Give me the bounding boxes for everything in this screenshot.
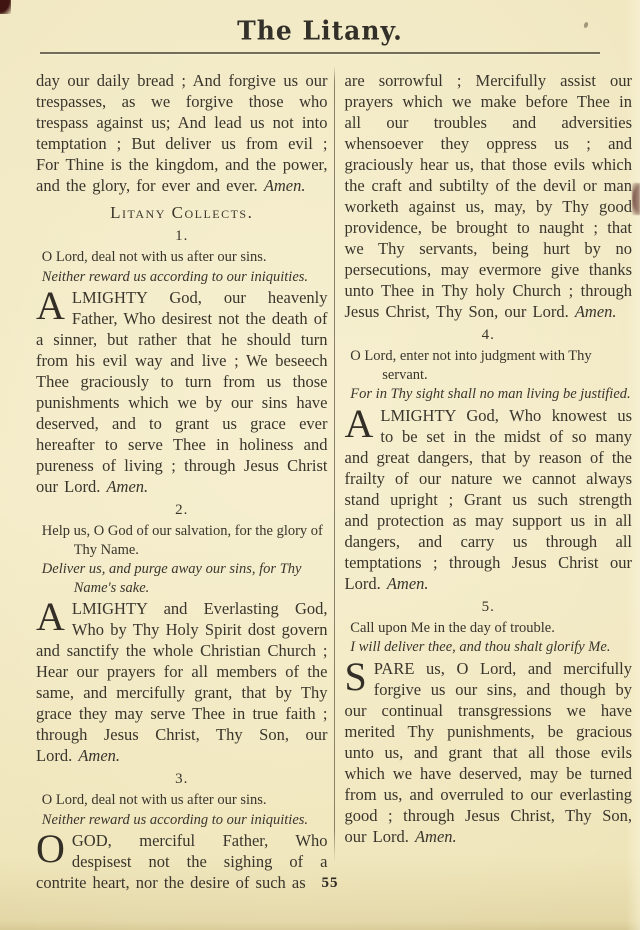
amen-text: Amen.	[575, 302, 617, 321]
paragraph-versicle: Help us, O God of our salvation, for the…	[36, 522, 328, 559]
amen-text: Amen.	[264, 176, 306, 195]
dropcap-initial: O	[36, 830, 72, 866]
dropcap-initial: A	[36, 287, 72, 323]
book-page: The Litany. day our daily bread ; And fo…	[0, 0, 640, 930]
dropcap-initial: S	[345, 658, 374, 694]
paragraph-prayer: ALMIGHTY and Everlasting God, Who by Thy…	[36, 598, 328, 766]
paragraph-number: 1.	[36, 228, 328, 245]
amen-text: Amen.	[387, 574, 429, 593]
paragraph-prayer: ALMIGHTY God, Who knowest us to be set i…	[345, 405, 633, 594]
dropcap-initial: A	[36, 598, 72, 634]
page-header: The Litany.	[0, 0, 640, 54]
paragraph-number: 2.	[36, 502, 328, 519]
dropcap-initial: A	[345, 405, 381, 441]
paragraph-number: 3.	[36, 771, 328, 788]
amen-text: Amen.	[106, 477, 148, 496]
paragraph-response: Neither reward us according to our iniqu…	[36, 811, 328, 830]
column-right: are sorrowful ; Mercifully assist our pr…	[335, 66, 640, 930]
paragraph-versicle: O Lord, deal not with us after our sins.	[36, 248, 328, 267]
paragraph-response: I will deliver thee, and thou shalt glor…	[345, 638, 633, 657]
text-columns: day our daily bread ; And forgive us our…	[0, 66, 640, 930]
page-footer: 55	[0, 874, 640, 892]
paragraph-prayer: ALMIGHTY God, our heavenly Father, Who d…	[36, 287, 328, 497]
header-rule	[40, 52, 600, 54]
column-left: day our daily bread ; And forgive us our…	[0, 66, 334, 930]
paragraph-prayer: SPARE us, O Lord, and mercifully forgive…	[345, 658, 633, 847]
page-title: The Litany.	[237, 15, 403, 45]
amen-text: Amen.	[78, 746, 120, 765]
paragraph-response: For in Thy sight shall no man living be …	[345, 385, 633, 404]
paragraph-response: Deliver us, and purge away our sins, for…	[36, 560, 328, 597]
paragraph-versicle: O Lord, enter not into judgment with Thy…	[345, 347, 633, 384]
paragraph-number: 4.	[345, 327, 633, 344]
paragraph-response: Neither reward us according to our iniqu…	[36, 268, 328, 287]
paragraph-heading: Litany Collects.	[36, 203, 328, 223]
paragraph-versicle: O Lord, deal not with us after our sins.	[36, 791, 328, 810]
paragraph-versicle: Call upon Me in the day of trouble.	[345, 619, 633, 638]
paragraph-body: are sorrowful ; Mercifully assist our pr…	[345, 70, 633, 322]
amen-text: Amen.	[415, 827, 457, 846]
paragraph-body: day our daily bread ; And forgive us our…	[36, 70, 328, 196]
paragraph-number: 5.	[345, 599, 633, 616]
page-number: 55	[322, 875, 339, 892]
